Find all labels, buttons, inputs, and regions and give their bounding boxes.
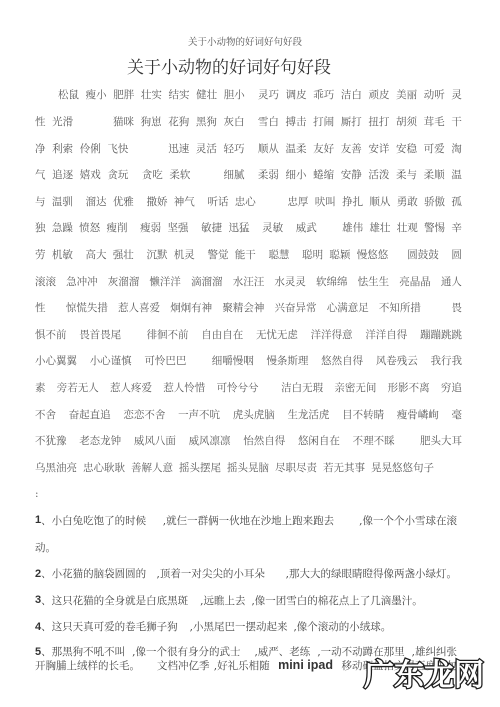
- word: 淘: [451, 141, 462, 156]
- word: 若无其事: [323, 460, 365, 475]
- sentences-heading: :: [35, 481, 462, 508]
- word: 亮晶晶: [399, 274, 431, 289]
- running-header: 关于小动物的好词好句好段: [188, 37, 302, 49]
- word: ,远瞧上去: [200, 593, 245, 608]
- word: ,小黑尾巴一摆动起来: [190, 619, 288, 634]
- word: 尽职尽责: [275, 460, 317, 475]
- word: 悠闲自在: [298, 433, 340, 448]
- vocab-line: 素旁若无人惹人疼爱惹人怜惜可怜兮兮洁白无瑕亲密无间形影不离穷追: [35, 374, 462, 401]
- vocab-line: 独急躁愤怒瘦削瘦弱坚强敏捷迅猛灵敏威武雄伟雄壮壮观警惕辛: [35, 215, 462, 242]
- word: 瘦削: [106, 220, 127, 235]
- word: 追逐: [52, 167, 73, 182]
- word: 奋起直追: [69, 407, 111, 422]
- word: 乖巧: [313, 87, 334, 102]
- word: 无忧无虑: [256, 327, 298, 342]
- word: 柔顺: [424, 167, 445, 182]
- word: 徘徊不前: [147, 327, 189, 342]
- sentence-text: 、小花猫的脑袋圆圆的,顶着一对尖尖的小耳朵,那大大的绿眼睛瞪得像两盏小绿灯。: [41, 566, 457, 581]
- sentence-text: 、小白兔吃饱了的时候,就仨一群俩一伙地在沙地上跑来跑去,像一个个小雪球在滚: [41, 513, 457, 528]
- word: 、这只天真可爱的卷毛狮子狗: [41, 619, 178, 634]
- word: 黑狗: [196, 114, 217, 129]
- word: 善解人意: [131, 460, 173, 475]
- word: 动。: [35, 540, 56, 555]
- word: 动听: [424, 87, 445, 102]
- sentence-line: 3 、这只花猫的全身就是白底黑斑,远瞧上去,像一团雪白的棉花点上了几滴墨汁。: [35, 587, 457, 614]
- word: 瘦骨嶙峋: [397, 407, 439, 422]
- word: 坚强: [167, 220, 188, 235]
- word: 怯生生: [358, 274, 390, 289]
- word: 柔弱: [258, 167, 279, 182]
- vocab-line: 小心翼翼小心谨慎可怜巴巴细嚼慢咽慢条斯理悠然自得风卷残云我行我: [35, 348, 462, 375]
- word: 美丽: [396, 87, 417, 102]
- word: 虎头虎脑: [233, 407, 275, 422]
- word: 与: [35, 194, 46, 209]
- word: 洋洋得意: [311, 327, 353, 342]
- sentence-text: 、这只天真可爱的卷毛狮子狗,小黑尾巴一摆动起来,像个滚动的小绒球。: [41, 619, 457, 634]
- vocab-line: 与温驯溜达优雅撒娇神气听话忠心忠厚吠叫挣扎顺从勇敢骄傲孤: [35, 188, 462, 215]
- word: 搏击: [285, 114, 306, 129]
- word: 洁白无瑕: [281, 380, 323, 395]
- word: 洋洋自得: [365, 327, 407, 342]
- word: 撒娇: [146, 194, 167, 209]
- sentence-item: 4 、这只天真可爱的卷毛狮子狗,小黑尾巴一摆动起来,像个滚动的小绒球。: [35, 614, 457, 641]
- word: 净: [35, 141, 46, 156]
- word: ,像一个个小雪球在滚: [359, 513, 457, 528]
- word: 安静: [341, 167, 362, 182]
- word: 威武: [296, 220, 317, 235]
- vocabulary-section: 松鼠瘦小肥胖壮实结实健壮胆小灵巧调皮乖巧洁白顽皮美丽动听灵 性光滑猫咪狗崽花狗黑…: [35, 82, 462, 481]
- word: 挣扎: [342, 194, 363, 209]
- sentence-line: 2 、小花猫的脑袋圆圆的,顶着一对尖尖的小耳朵,那大大的绿眼睛瞪得像两盏小绿灯。: [35, 560, 457, 587]
- word: 、小白兔吃饱了的时候: [41, 513, 146, 528]
- vocab-line: 滚滚急冲冲灰溜溜懒洋洋滴溜溜水汪汪水灵灵软绵绵怯生生亮晶晶通人: [35, 268, 462, 295]
- vocab-line: 松鼠瘦小肥胖壮实结实健壮胆小灵巧调皮乖巧洁白顽皮美丽动听灵: [35, 82, 462, 109]
- word: 可怜兮兮: [217, 380, 259, 395]
- word: 敏捷: [201, 220, 222, 235]
- word: 聪颖: [329, 247, 350, 262]
- word: 松鼠: [58, 87, 79, 102]
- word: 孤: [451, 194, 462, 209]
- word: 晃晃悠悠句子: [371, 460, 434, 475]
- word: 灵: [451, 87, 462, 102]
- word: 穷追: [441, 380, 462, 395]
- word: 雄壮: [369, 220, 390, 235]
- word: 贪玩: [107, 167, 128, 182]
- word: 健壮: [196, 87, 217, 102]
- word: 嬉戏: [80, 167, 101, 182]
- word: 软绵绵: [316, 274, 348, 289]
- word: 吠叫: [315, 194, 336, 209]
- word: 优雅: [113, 194, 134, 209]
- word: 灵巧: [258, 87, 279, 102]
- word: 毫: [452, 407, 463, 422]
- word: 一声不吭: [178, 407, 220, 422]
- word: 友好: [313, 141, 334, 156]
- word: 肥胖: [113, 87, 134, 102]
- word: 不理不睬: [353, 433, 395, 448]
- word: 迅速: [168, 141, 189, 156]
- word: 溜达: [85, 194, 106, 209]
- word: 瘦小: [86, 87, 107, 102]
- word: 威风凛凛: [189, 433, 231, 448]
- vocab-line: 劳机敏高大强壮沉默机灵警觉能干聪慧聪明聪颖慢悠悠圆鼓鼓圆: [35, 241, 462, 268]
- word: 亲密无间: [334, 380, 376, 395]
- word: 急躁: [52, 220, 73, 235]
- word: 干: [451, 114, 462, 129]
- word: 形影不离: [388, 380, 430, 395]
- word: 安稳: [396, 141, 417, 156]
- word: 光滑: [52, 114, 73, 129]
- word: 灵敏: [262, 220, 283, 235]
- word: 神气: [174, 194, 195, 209]
- word: 圆: [451, 247, 462, 262]
- word: 炯炯有神: [170, 300, 212, 315]
- word: 花狗: [168, 114, 189, 129]
- word: 畏: [451, 300, 462, 315]
- word: 温: [451, 167, 462, 182]
- word: 胆小: [224, 87, 245, 102]
- word: 骄傲: [424, 194, 445, 209]
- word: 能干: [235, 247, 256, 262]
- word: 聪明: [302, 247, 323, 262]
- word: 沉默: [146, 247, 167, 262]
- word: 文档冲亿季: [157, 658, 210, 673]
- word: 畏首畏尾: [79, 327, 121, 342]
- word: 悠然自得: [321, 353, 363, 368]
- vocab-line: 性光滑猫咪狗崽花狗黑狗灰白雪白搏击打闹厮打扭打胡须茸毛干: [35, 108, 462, 135]
- sentence-item: 2 、小花猫的脑袋圆圆的,顶着一对尖尖的小耳朵,那大大的绿眼睛瞪得像两盏小绿灯。: [35, 560, 457, 587]
- vocab-line: 不舍奋起直追恋恋不舍一声不吭虎头虎脑生龙活虎目不转睛瘦骨嶙峋毫: [35, 401, 462, 428]
- word: 开胸脯上绒样的长毛。: [35, 658, 140, 673]
- sentence-line: 4 、这只天真可爱的卷毛狮子狗,小黑尾巴一摆动起来,像个滚动的小绒球。: [35, 614, 457, 641]
- word: 素: [35, 380, 46, 395]
- word: 乌黑油亮: [35, 460, 77, 475]
- word: 忠心: [235, 194, 256, 209]
- word: 急冲冲: [66, 274, 98, 289]
- word: 调皮: [286, 87, 307, 102]
- word: 可怜巴巴: [144, 353, 186, 368]
- sentence-text: 、这只花猫的全身就是白底黑斑,远瞧上去,像一团雪白的棉花点上了几滴墨汁。: [41, 593, 457, 608]
- sentence-text: 动。: [35, 540, 457, 555]
- word: 狗崽: [141, 114, 162, 129]
- word: 小心翼翼: [35, 353, 77, 368]
- word: 飞快: [107, 141, 128, 156]
- word: 懒洋洋: [149, 274, 181, 289]
- word: 可爱: [424, 141, 445, 156]
- vocab-line: 性惊慌失措惹人喜爱炯炯有神聚精会神兴奋异常心满意足不知所措畏: [35, 294, 462, 321]
- word: 自由自在: [201, 327, 243, 342]
- word: 水汪汪: [233, 274, 265, 289]
- sentence-line: 动。: [35, 534, 457, 561]
- word: 细小: [285, 167, 306, 182]
- vocab-line: 气追逐嬉戏贪玩贪吃柔软细腻柔弱细小蜷缩安静活泼柔与柔顺温: [35, 161, 462, 188]
- word: 忠厚: [287, 194, 308, 209]
- word: 我行我: [431, 353, 463, 368]
- word: 愤怒: [79, 220, 100, 235]
- document-body: 松鼠瘦小肥胖壮实结实健壮胆小灵巧调皮乖巧洁白顽皮美丽动听灵 性光滑猫咪狗崽花狗黑…: [35, 82, 462, 672]
- word: ,顶着一对尖尖的小耳朵: [157, 566, 265, 581]
- word: 、这只花猫的全身就是白底黑斑: [41, 593, 188, 608]
- word: 高大: [85, 247, 106, 262]
- word: 惹人怜惜: [163, 380, 205, 395]
- word: 兴奋异常: [275, 300, 317, 315]
- word: 警觉: [207, 247, 228, 262]
- word: 温驯: [52, 194, 73, 209]
- vocab-line: 净利索伶俐飞快迅速灵活轻巧顺从温柔友好友善安详安稳可爱淘: [35, 135, 462, 162]
- word: 顺从: [258, 141, 279, 156]
- word: 雄伟: [342, 220, 363, 235]
- word: 肥头大耳: [420, 433, 462, 448]
- word: 壮实: [141, 87, 162, 102]
- word: 细腻: [224, 167, 245, 182]
- word: 通人: [441, 274, 462, 289]
- word: 结实: [169, 87, 190, 102]
- word: ,像个滚动的小绒球。: [293, 619, 391, 634]
- page-title: 关于小动物的好词好句好段: [127, 58, 331, 78]
- word: 蹦蹦跳跳: [420, 327, 462, 342]
- word: 惊慌失措: [66, 300, 108, 315]
- word: 聪慧: [268, 247, 289, 262]
- word: 聚精会神: [222, 300, 264, 315]
- word: 勇敢: [397, 194, 418, 209]
- word: 灰溜溜: [108, 274, 140, 289]
- word: 细嚼慢咽: [212, 353, 254, 368]
- word: 不舍: [35, 407, 56, 422]
- word: 壮观: [397, 220, 418, 235]
- word: 温柔: [285, 141, 306, 156]
- word: mini ipad: [278, 658, 333, 672]
- word: 活泼: [368, 167, 389, 182]
- word: ,像一团雪白的棉花点上了几滴墨汁。: [251, 593, 422, 608]
- watermark-logo: 广东龙网: [364, 658, 484, 694]
- word: 滚滚: [35, 274, 56, 289]
- word: 贪吃: [142, 167, 163, 182]
- sentence-line: 5 、那黑狗不吼不叫,像一个很有身分的武士,威严、老练,一动不动蹲在那里,雄纠纠…: [35, 645, 457, 659]
- word: 厮打: [341, 114, 362, 129]
- vocab-line: 不犹豫老态龙钟威风八面威风凛凛怡然自得悠闲自在不理不睬肥头大耳: [35, 427, 462, 454]
- word: 迅猛: [228, 220, 249, 235]
- word: 惹人喜爱: [118, 300, 160, 315]
- word: 听话: [207, 194, 228, 209]
- word: 摇头晃脑: [227, 460, 269, 475]
- vocab-line: 惧不前畏首畏尾徘徊不前自由自在无忧无虑洋洋得意洋洋自得蹦蹦跳跳: [35, 321, 462, 348]
- word: 独: [35, 220, 46, 235]
- word: 灰白: [224, 114, 245, 129]
- word: 灵活: [196, 141, 217, 156]
- document-page: 关于小动物的好词好句好段 关于小动物的好词好句好段 松鼠瘦小肥胖壮实结实健壮胆小…: [0, 0, 500, 707]
- word: 摇头摆尾: [179, 460, 221, 475]
- word: 旁若无人: [57, 380, 99, 395]
- word: ,就仨一群俩一伙地在沙地上跑来跑去: [163, 513, 334, 528]
- word: 友善: [341, 141, 362, 156]
- word: 性: [35, 300, 46, 315]
- word: 威风八面: [134, 433, 176, 448]
- vocab-line: 乌黑油亮忠心耿耿善解人意摇头摆尾摇头晃脑尽职尽责若无其事晃晃悠悠句子: [35, 454, 462, 481]
- word: ,那大大的绿眼睛瞪得像两盏小绿灯。: [286, 566, 457, 581]
- word: 惧不前: [35, 327, 67, 342]
- sentence-item: 1 、小白兔吃饱了的时候,就仨一群俩一伙地在沙地上跑来跑去,像一个个小雪球在滚 …: [35, 507, 457, 560]
- word: 安详: [368, 141, 389, 156]
- word: 劳: [35, 247, 46, 262]
- word: 猫咪: [113, 114, 134, 129]
- word: 惹人疼爱: [110, 380, 152, 395]
- word: 恋恋不舍: [123, 407, 165, 422]
- word: 生龙活虎: [287, 407, 329, 422]
- word: 风卷残云: [376, 353, 418, 368]
- word: 胡须: [396, 114, 417, 129]
- word: 瘦弱: [140, 220, 161, 235]
- word: 茸毛: [424, 114, 445, 129]
- word: 蜷缩: [313, 167, 334, 182]
- word: 不知所措: [379, 300, 421, 315]
- word: 性: [35, 114, 46, 129]
- word: 目不转睛: [342, 407, 384, 422]
- word: 警惕: [424, 220, 445, 235]
- word: 慢条斯理: [266, 353, 308, 368]
- word: 辛: [451, 220, 462, 235]
- word: 利索: [52, 141, 73, 156]
- word: 滴溜溜: [191, 274, 223, 289]
- word: 老态龙钟: [79, 433, 121, 448]
- word: 洁白: [341, 87, 362, 102]
- word: 顺从: [369, 194, 390, 209]
- sentence-line: 1 、小白兔吃饱了的时候,就仨一群俩一伙地在沙地上跑来跑去,像一个个小雪球在滚: [35, 507, 457, 534]
- word: 伶俐: [80, 141, 101, 156]
- word: 慢悠悠: [357, 247, 389, 262]
- word: 、小花猫的脑袋圆圆的: [41, 566, 146, 581]
- word: 扭打: [368, 114, 389, 129]
- word: 不犹豫: [35, 433, 67, 448]
- word: 顽皮: [369, 87, 390, 102]
- word: 雪白: [258, 114, 279, 129]
- word: 机敏: [52, 247, 73, 262]
- word: 怡然自得: [243, 433, 285, 448]
- word: ,好礼乐相随: [214, 658, 270, 673]
- word: 轻巧: [224, 141, 245, 156]
- word: 心满意足: [327, 300, 369, 315]
- word: 气: [35, 167, 46, 182]
- word: 忠心耿耿: [83, 460, 125, 475]
- word: 强壮: [113, 247, 134, 262]
- word: 柔软: [169, 167, 190, 182]
- word: 打闹: [313, 114, 334, 129]
- word: 圆鼓鼓: [407, 247, 439, 262]
- word: 柔与: [396, 167, 417, 182]
- word: 水灵灵: [274, 274, 306, 289]
- word: 机灵: [174, 247, 195, 262]
- word: 小心谨慎: [90, 353, 132, 368]
- sentence-item: 3 、这只花猫的全身就是白底黑斑,远瞧上去,像一团雪白的棉花点上了几滴墨汁。: [35, 587, 457, 614]
